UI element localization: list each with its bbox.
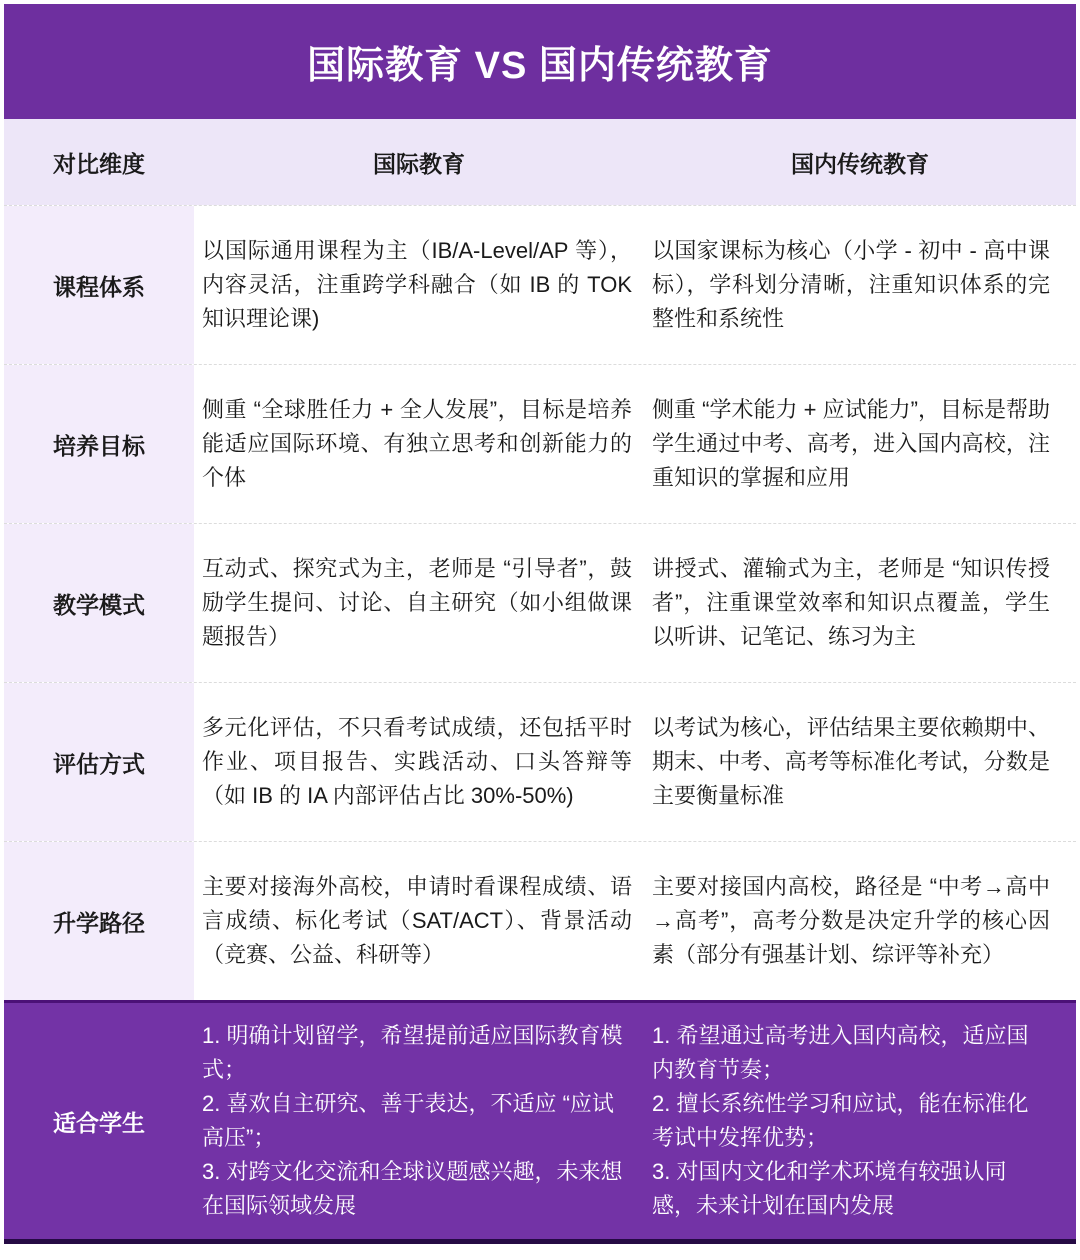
cell-domestic-text: 以考试为核心，评估结果主要依赖期中、期末、中考、高考等标准化考试，分数是主要衡量… <box>652 711 1050 813</box>
cell-domestic: 讲授式、灌输式为主，老师是 “知识传授者”，注重课堂效率和知识点覆盖，学生以听讲… <box>644 524 1076 682</box>
cell-international-text: 多元化评估，不只看考试成绩，还包括平时作业、项目报告、实践活动、口头答辩等（如 … <box>202 711 632 813</box>
table-row-goals: 培养目标 侧重 “全球胜任力 + 全人发展”，目标是培养能适应国际环境、有独立思… <box>4 364 1076 523</box>
cell-domestic: 以考试为核心，评估结果主要依赖期中、期末、中考、高考等标准化考试，分数是主要衡量… <box>644 683 1076 841</box>
cell-domestic-text: 以国家课标为核心（小学 - 初中 - 高中课标），学科划分清晰，注重知识体系的完… <box>652 234 1050 336</box>
row-label: 培养目标 <box>4 365 194 523</box>
table-row-teaching-mode: 教学模式 互动式、探究式为主，老师是 “引导者”，鼓励学生提问、讨论、自主研究（… <box>4 523 1076 682</box>
page-title-banner: 国际教育 VS 国内传统教育 <box>4 4 1076 119</box>
cell-domestic: 以国家课标为核心（小学 - 初中 - 高中课标），学科划分清晰，注重知识体系的完… <box>644 206 1076 364</box>
row-label: 升学路径 <box>4 842 194 1000</box>
cell-domestic-text: 侧重 “学术能力 + 应试能力”，目标是帮助学生通过中考、高考，进入国内高校，注… <box>652 393 1050 495</box>
table-row-curriculum: 课程体系 以国际通用课程为主（IB/A-Level/AP 等），内容灵活，注重跨… <box>4 205 1076 364</box>
table-row-assessment: 评估方式 多元化评估，不只看考试成绩，还包括平时作业、项目报告、实践活动、口头答… <box>4 682 1076 841</box>
cell-international-text: 侧重 “全球胜任力 + 全人发展”，目标是培养能适应国际环境、有独立思考和创新能… <box>202 393 632 495</box>
column-header-domestic: 国内传统教育 <box>644 146 1076 179</box>
cell-international: 主要对接海外高校，申请时看课程成绩、语言成绩、标化考试（SAT/ACT）、背景活… <box>194 842 644 1000</box>
table-header-row: 对比维度 国际教育 国内传统教育 <box>4 119 1076 205</box>
row-label: 教学模式 <box>4 524 194 682</box>
cell-international-text: 主要对接海外高校，申请时看课程成绩、语言成绩、标化考试（SAT/ACT）、背景活… <box>202 870 632 972</box>
cell-international: 互动式、探究式为主，老师是 “引导者”，鼓励学生提问、讨论、自主研究（如小组做课… <box>194 524 644 682</box>
cell-international: 侧重 “全球胜任力 + 全人发展”，目标是培养能适应国际环境、有独立思考和创新能… <box>194 365 644 523</box>
row-label: 评估方式 <box>4 683 194 841</box>
cell-domestic-text: 主要对接国内高校，路径是 “中考→高中→高考”，高考分数是决定升学的核心因素（部… <box>652 870 1050 972</box>
cell-domestic-text: 1. 希望通过高考进入国内高校，适应国内教育节奏； 2. 擅长系统性学习和应试，… <box>652 1019 1050 1223</box>
cell-international: 以国际通用课程为主（IB/A-Level/AP 等），内容灵活，注重跨学科融合（… <box>194 206 644 364</box>
cell-international-text: 互动式、探究式为主，老师是 “引导者”，鼓励学生提问、讨论、自主研究（如小组做课… <box>202 552 632 654</box>
cell-domestic: 1. 希望通过高考进入国内高校，适应国内教育节奏； 2. 擅长系统性学习和应试，… <box>644 1003 1076 1239</box>
table-row-suitable-students: 适合学生 1. 明确计划留学，希望提前适应国际教育模式； 2. 喜欢自主研究、善… <box>4 1000 1076 1244</box>
cell-international: 多元化评估，不只看考试成绩，还包括平时作业、项目报告、实践活动、口头答辩等（如 … <box>194 683 644 841</box>
row-label: 课程体系 <box>4 206 194 364</box>
cell-international-text: 1. 明确计划留学，希望提前适应国际教育模式； 2. 喜欢自主研究、善于表达，不… <box>202 1019 632 1223</box>
comparison-table-page: 国际教育 VS 国内传统教育 对比维度 国际教育 国内传统教育 课程体系 以国际… <box>0 0 1080 1260</box>
row-label: 适合学生 <box>4 1003 194 1239</box>
cell-international: 1. 明确计划留学，希望提前适应国际教育模式； 2. 喜欢自主研究、善于表达，不… <box>194 1003 644 1239</box>
cell-domestic-text: 讲授式、灌输式为主，老师是 “知识传授者”，注重课堂效率和知识点覆盖，学生以听讲… <box>652 552 1050 654</box>
table-row-advancement-path: 升学路径 主要对接海外高校，申请时看课程成绩、语言成绩、标化考试（SAT/ACT… <box>4 841 1076 1000</box>
cell-domestic: 主要对接国内高校，路径是 “中考→高中→高考”，高考分数是决定升学的核心因素（部… <box>644 842 1076 1000</box>
column-header-international: 国际教育 <box>194 146 644 179</box>
cell-domestic: 侧重 “学术能力 + 应试能力”，目标是帮助学生通过中考、高考，进入国内高校，注… <box>644 365 1076 523</box>
cell-international-text: 以国际通用课程为主（IB/A-Level/AP 等），内容灵活，注重跨学科融合（… <box>202 234 632 336</box>
page-title-text: 国际教育 VS 国内传统教育 <box>307 34 773 89</box>
column-header-dimension: 对比维度 <box>4 146 194 179</box>
